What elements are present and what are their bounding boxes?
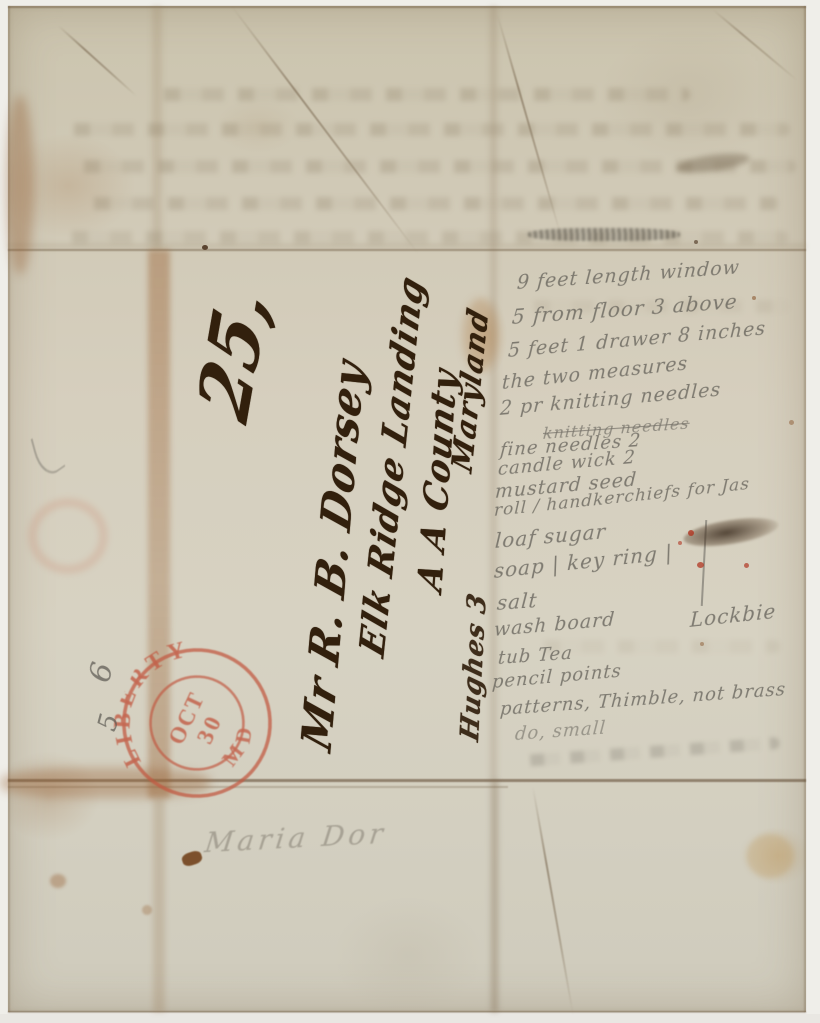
wax-speck: [697, 562, 704, 568]
bleedthrough-row: [150, 88, 690, 101]
wax-speck: [744, 563, 749, 568]
scan-margin-right: [806, 0, 820, 1023]
fold-left-vertical-bottom: [153, 798, 165, 1012]
speck: [694, 240, 698, 244]
wax-speck: [678, 541, 682, 545]
bleedthrough-row: [80, 197, 780, 210]
stain-spot-small-1: [50, 874, 66, 888]
speck: [752, 296, 756, 300]
postmark-ghost-offset: [28, 498, 108, 574]
speck: [789, 420, 794, 425]
bleedthrough-row: [60, 123, 790, 136]
pencil-list-item: salt: [496, 588, 538, 615]
paper-edge-right: [804, 6, 806, 1012]
stain-round-right: [746, 834, 794, 878]
paper-edge-top: [8, 6, 806, 8]
stain-left-edge: [6, 95, 34, 275]
paper-edge-bottom: [8, 1011, 806, 1013]
speck: [202, 245, 208, 250]
letter-scan: LIBERTY MD OCT 30 25, Mr R. B. Dorsey El…: [0, 0, 820, 1023]
wax-speck: [688, 530, 694, 536]
stain-spot-small-2: [142, 905, 152, 915]
fold-line-upper: [8, 249, 806, 251]
scribbled-out-line: [528, 228, 680, 241]
scan-margin-bottom: [0, 1014, 820, 1023]
speck: [700, 642, 704, 646]
fold-right-vertical-bottom: [491, 780, 498, 1012]
